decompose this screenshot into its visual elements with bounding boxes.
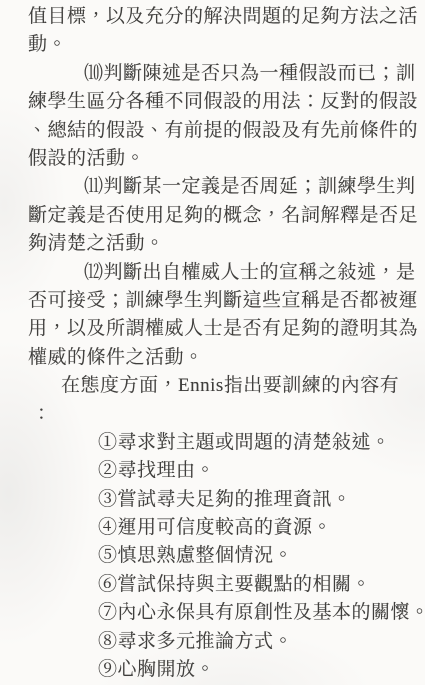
- text-line: 、總結的假設、有前提的假設及有先前條件的: [28, 117, 417, 145]
- list-item-5: ⑤慎思熟慮整個情況。: [28, 542, 417, 570]
- text-line: 權威的條件之活動。: [28, 344, 417, 372]
- scanned-book-page: 值目標，以及充分的解決問題的足夠方法之活 動。 ⑽判斷陳述是否只為一種假設而已；…: [0, 0, 425, 685]
- list-item-6: ⑥嘗試保持與主要觀點的相關。: [28, 571, 417, 599]
- text-line-colon: ：: [28, 400, 417, 428]
- text-line: 否可接受；訓練學生判斷這些宣稱是否都被運: [28, 287, 417, 315]
- text-line-item-11: ⑾判斷某一定義是否周延；訓練學生判: [28, 173, 417, 201]
- list-item-1: ①尋求對主題或問題的清楚敍述。: [28, 429, 417, 457]
- text-column: 值目標，以及充分的解決問題的足夠方法之活 動。 ⑽判斷陳述是否只為一種假設而已；…: [0, 0, 425, 685]
- text-line: 動。: [28, 31, 417, 59]
- list-item-2: ②尋找理由。: [28, 457, 417, 485]
- text-line: 值目標，以及充分的解決問題的足夠方法之活: [28, 3, 417, 31]
- text-line: 用，以及所謂權威人士是否有足夠的證明其為: [28, 315, 417, 343]
- text-line: 斷定義是否使用足夠的概念，名詞解釋是否足: [28, 202, 417, 230]
- text-line: 假設的活動。: [28, 145, 417, 173]
- text-line: 夠清楚之活動。: [28, 230, 417, 258]
- list-item-7: ⑦內心永保具有原創性及基本的關懷。: [28, 599, 417, 627]
- list-item-3: ③嘗試尋夫足夠的推理資訊。: [28, 486, 417, 514]
- text-line-item-12: ⑿判斷出自權威人士的宣稱之敍述，是: [28, 259, 417, 287]
- list-item-8: ⑧尋求多元推論方式。: [28, 628, 417, 656]
- list-item-9: ⑨心胸開放。: [28, 656, 417, 684]
- text-line-item-10: ⑽判斷陳述是否只為一種假設而已；訓: [28, 60, 417, 88]
- list-item-4: ④運用可信度較高的資源。: [28, 514, 417, 542]
- text-line-attitude-intro: 在態度方面，Ennis指出要訓練的內容有: [28, 372, 417, 400]
- text-line: 練學生區分各種不同假設的用法：反對的假設: [28, 88, 417, 116]
